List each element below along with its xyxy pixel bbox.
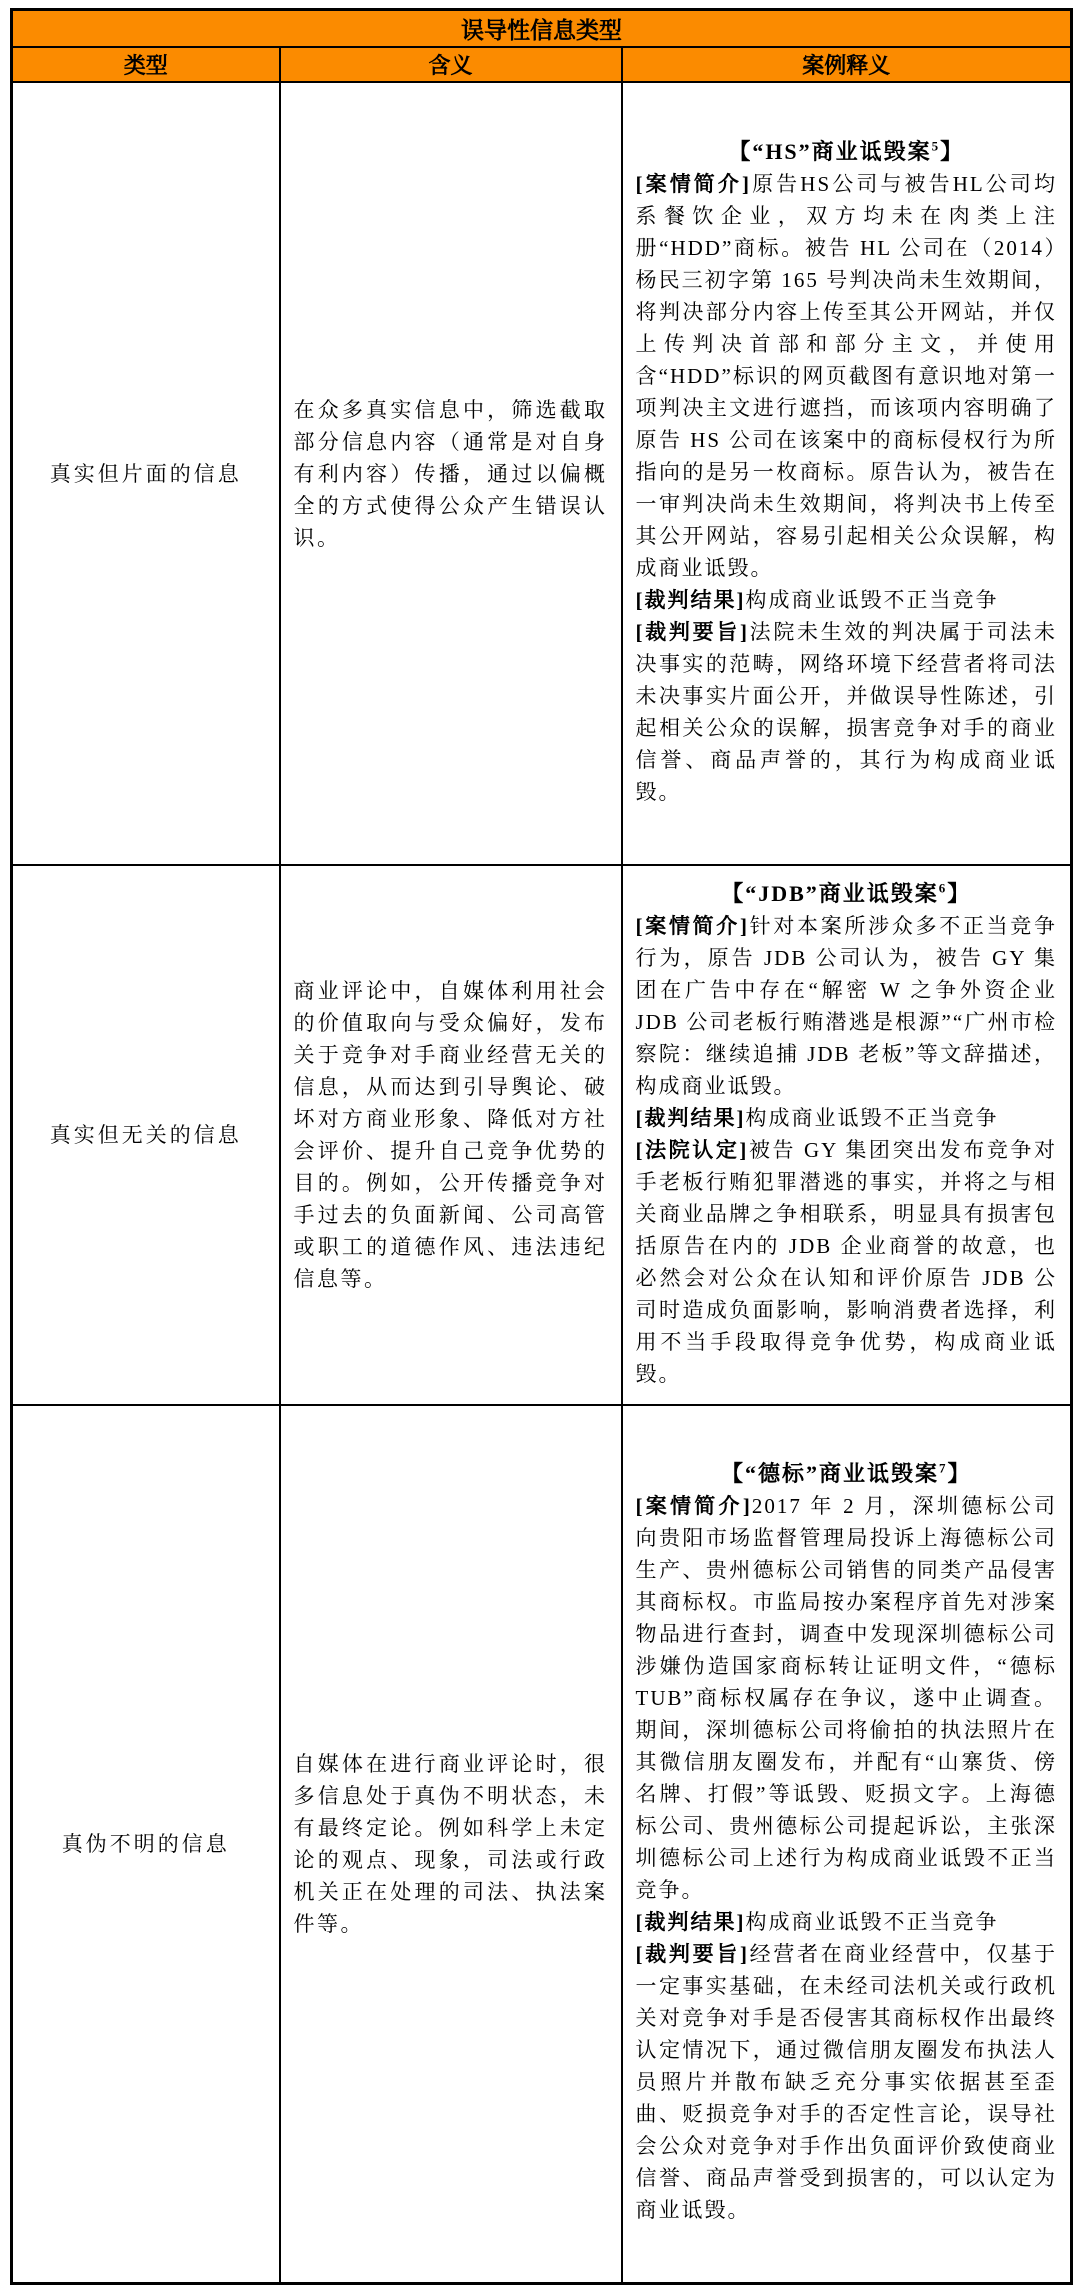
section-text: 针对本案所涉众多不正当竞争行为，原告 JDB 公司认为，被告 GY 集团在广告中… [636, 914, 1058, 1098]
type-cell: 真伪不明的信息 [12, 1405, 280, 2283]
section-text: 被告 GY 集团突出发布竞争对手老板行贿犯罪潜逃的事实，并将之与相关商业品牌之争… [636, 1138, 1058, 1386]
case-section: [案情简介]2017 年 2 月，深圳德标公司向贵阳市场监督管理局投诉上海德标公… [636, 1490, 1058, 1906]
footnote-ref: 5 [932, 139, 941, 154]
table-row-unverified: 真伪不明的信息 自媒体在进行商业评论时，很多信息处于真伪不明状态，未有最终定论。… [12, 1405, 1072, 2283]
case-title-text: 【“德标”商业诋毁案 [721, 1461, 939, 1486]
section-label: [案情简介] [636, 172, 751, 196]
column-header-row: 类型 含义 案例释义 [12, 47, 1072, 82]
case-cell: 【“德标”商业诋毁案7】 [案情简介]2017 年 2 月，深圳德标公司向贵阳市… [622, 1405, 1072, 2283]
meaning-cell: 在众多真实信息中，筛选截取部分信息内容（通常是对自身有利内容）传播，通过以偏概全… [280, 82, 622, 865]
case-title: 【“德标”商业诋毁案7】 [636, 1457, 1058, 1490]
case-title: 【“JDB”商业诋毁案6】 [636, 877, 1058, 910]
misleading-info-table: 误导性信息类型 类型 含义 案例释义 真实但片面的信息 在众多真实信息中，筛选截… [10, 8, 1073, 2285]
meaning-cell: 商业评论中，自媒体利用社会的价值取向与受众偏好，发布关于竞争对手商业经营无关的信… [280, 865, 622, 1405]
footnote-ref: 7 [939, 1461, 948, 1476]
section-label: [裁判结果] [636, 588, 746, 612]
type-cell: 真实但片面的信息 [12, 82, 280, 865]
case-section: [案情简介]原告HS公司与被告HL公司均系餐饮企业，双方均未在肉类上注册“HDD… [636, 168, 1058, 584]
case-title-close: 】 [948, 1461, 972, 1486]
section-label: [案情简介] [636, 914, 749, 938]
section-label: [案情简介] [636, 1494, 752, 1518]
case-section: [裁判结果]构成商业诋毁不正当竞争 [636, 1102, 1058, 1134]
section-label: [裁判结果] [636, 1910, 746, 1934]
case-section: [案情简介]针对本案所涉众多不正当竞争行为，原告 JDB 公司认为，被告 GY … [636, 910, 1058, 1102]
table-row-partial-truth: 真实但片面的信息 在众多真实信息中，筛选截取部分信息内容（通常是对自身有利内容）… [12, 82, 1072, 865]
meaning-cell: 自媒体在进行商业评论时，很多信息处于真伪不明状态，未有最终定论。例如科学上未定论… [280, 1405, 622, 2283]
table-title: 误导性信息类型 [12, 10, 1072, 48]
case-cell: 【“HS”商业诋毁案5】 [案情简介]原告HS公司与被告HL公司均系餐饮企业，双… [622, 82, 1072, 865]
case-title-text: 【“HS”商业诋毁案 [728, 139, 931, 164]
footnote-ref: 6 [939, 880, 948, 895]
section-label: [法院认定] [636, 1138, 749, 1162]
table-title-row: 误导性信息类型 [12, 10, 1072, 48]
document-page: 误导性信息类型 类型 含义 案例释义 真实但片面的信息 在众多真实信息中，筛选截… [0, 0, 1080, 2293]
section-label: [裁判要旨] [636, 620, 749, 644]
section-text: 2017 年 2 月，深圳德标公司向贵阳市场监督管理局投诉上海德标公司生产、贵州… [636, 1494, 1058, 1902]
column-header-type: 类型 [12, 47, 280, 82]
case-section: [法院认定]被告 GY 集团突出发布竞争对手老板行贿犯罪潜逃的事实，并将之与相关… [636, 1134, 1058, 1390]
case-title: 【“HS”商业诋毁案5】 [636, 135, 1058, 168]
section-text: 经营者在商业经营中，仅基于一定事实基础，在未经司法机关或行政机关对竞争对手是否侵… [636, 1942, 1058, 2222]
section-text: 构成商业诋毁不正当竞争 [746, 588, 999, 612]
case-section: [裁判结果]构成商业诋毁不正当竞争 [636, 584, 1058, 616]
case-title-close: 】 [947, 881, 971, 906]
section-label: [裁判要旨] [636, 1942, 749, 1966]
case-title-text: 【“JDB”商业诋毁案 [721, 881, 939, 906]
section-text: 构成商业诋毁不正当竞争 [746, 1910, 999, 1934]
case-title-close: 】 [940, 139, 964, 164]
table-row-irrelevant-truth: 真实但无关的信息 商业评论中，自媒体利用社会的价值取向与受众偏好，发布关于竞争对… [12, 865, 1072, 1405]
column-header-case: 案例释义 [622, 47, 1072, 82]
case-cell: 【“JDB”商业诋毁案6】 [案情简介]针对本案所涉众多不正当竞争行为，原告 J… [622, 865, 1072, 1405]
column-header-meaning: 含义 [280, 47, 622, 82]
case-section: [裁判结果]构成商业诋毁不正当竞争 [636, 1906, 1058, 1938]
case-section: [裁判要旨]经营者在商业经营中，仅基于一定事实基础，在未经司法机关或行政机关对竞… [636, 1938, 1058, 2226]
case-section: [裁判要旨]法院未生效的判决属于司法未决事实的范畴，网络环境下经营者将司法未决事… [636, 616, 1058, 808]
section-text: 构成商业诋毁不正当竞争 [746, 1106, 999, 1130]
section-text: 原告HS公司与被告HL公司均系餐饮企业，双方均未在肉类上注册“HDD”商标。被告… [636, 172, 1058, 580]
type-cell: 真实但无关的信息 [12, 865, 280, 1405]
section-text: 法院未生效的判决属于司法未决事实的范畴，网络环境下经营者将司法未决事实片面公开，… [636, 620, 1058, 804]
section-label: [裁判结果] [636, 1106, 746, 1130]
